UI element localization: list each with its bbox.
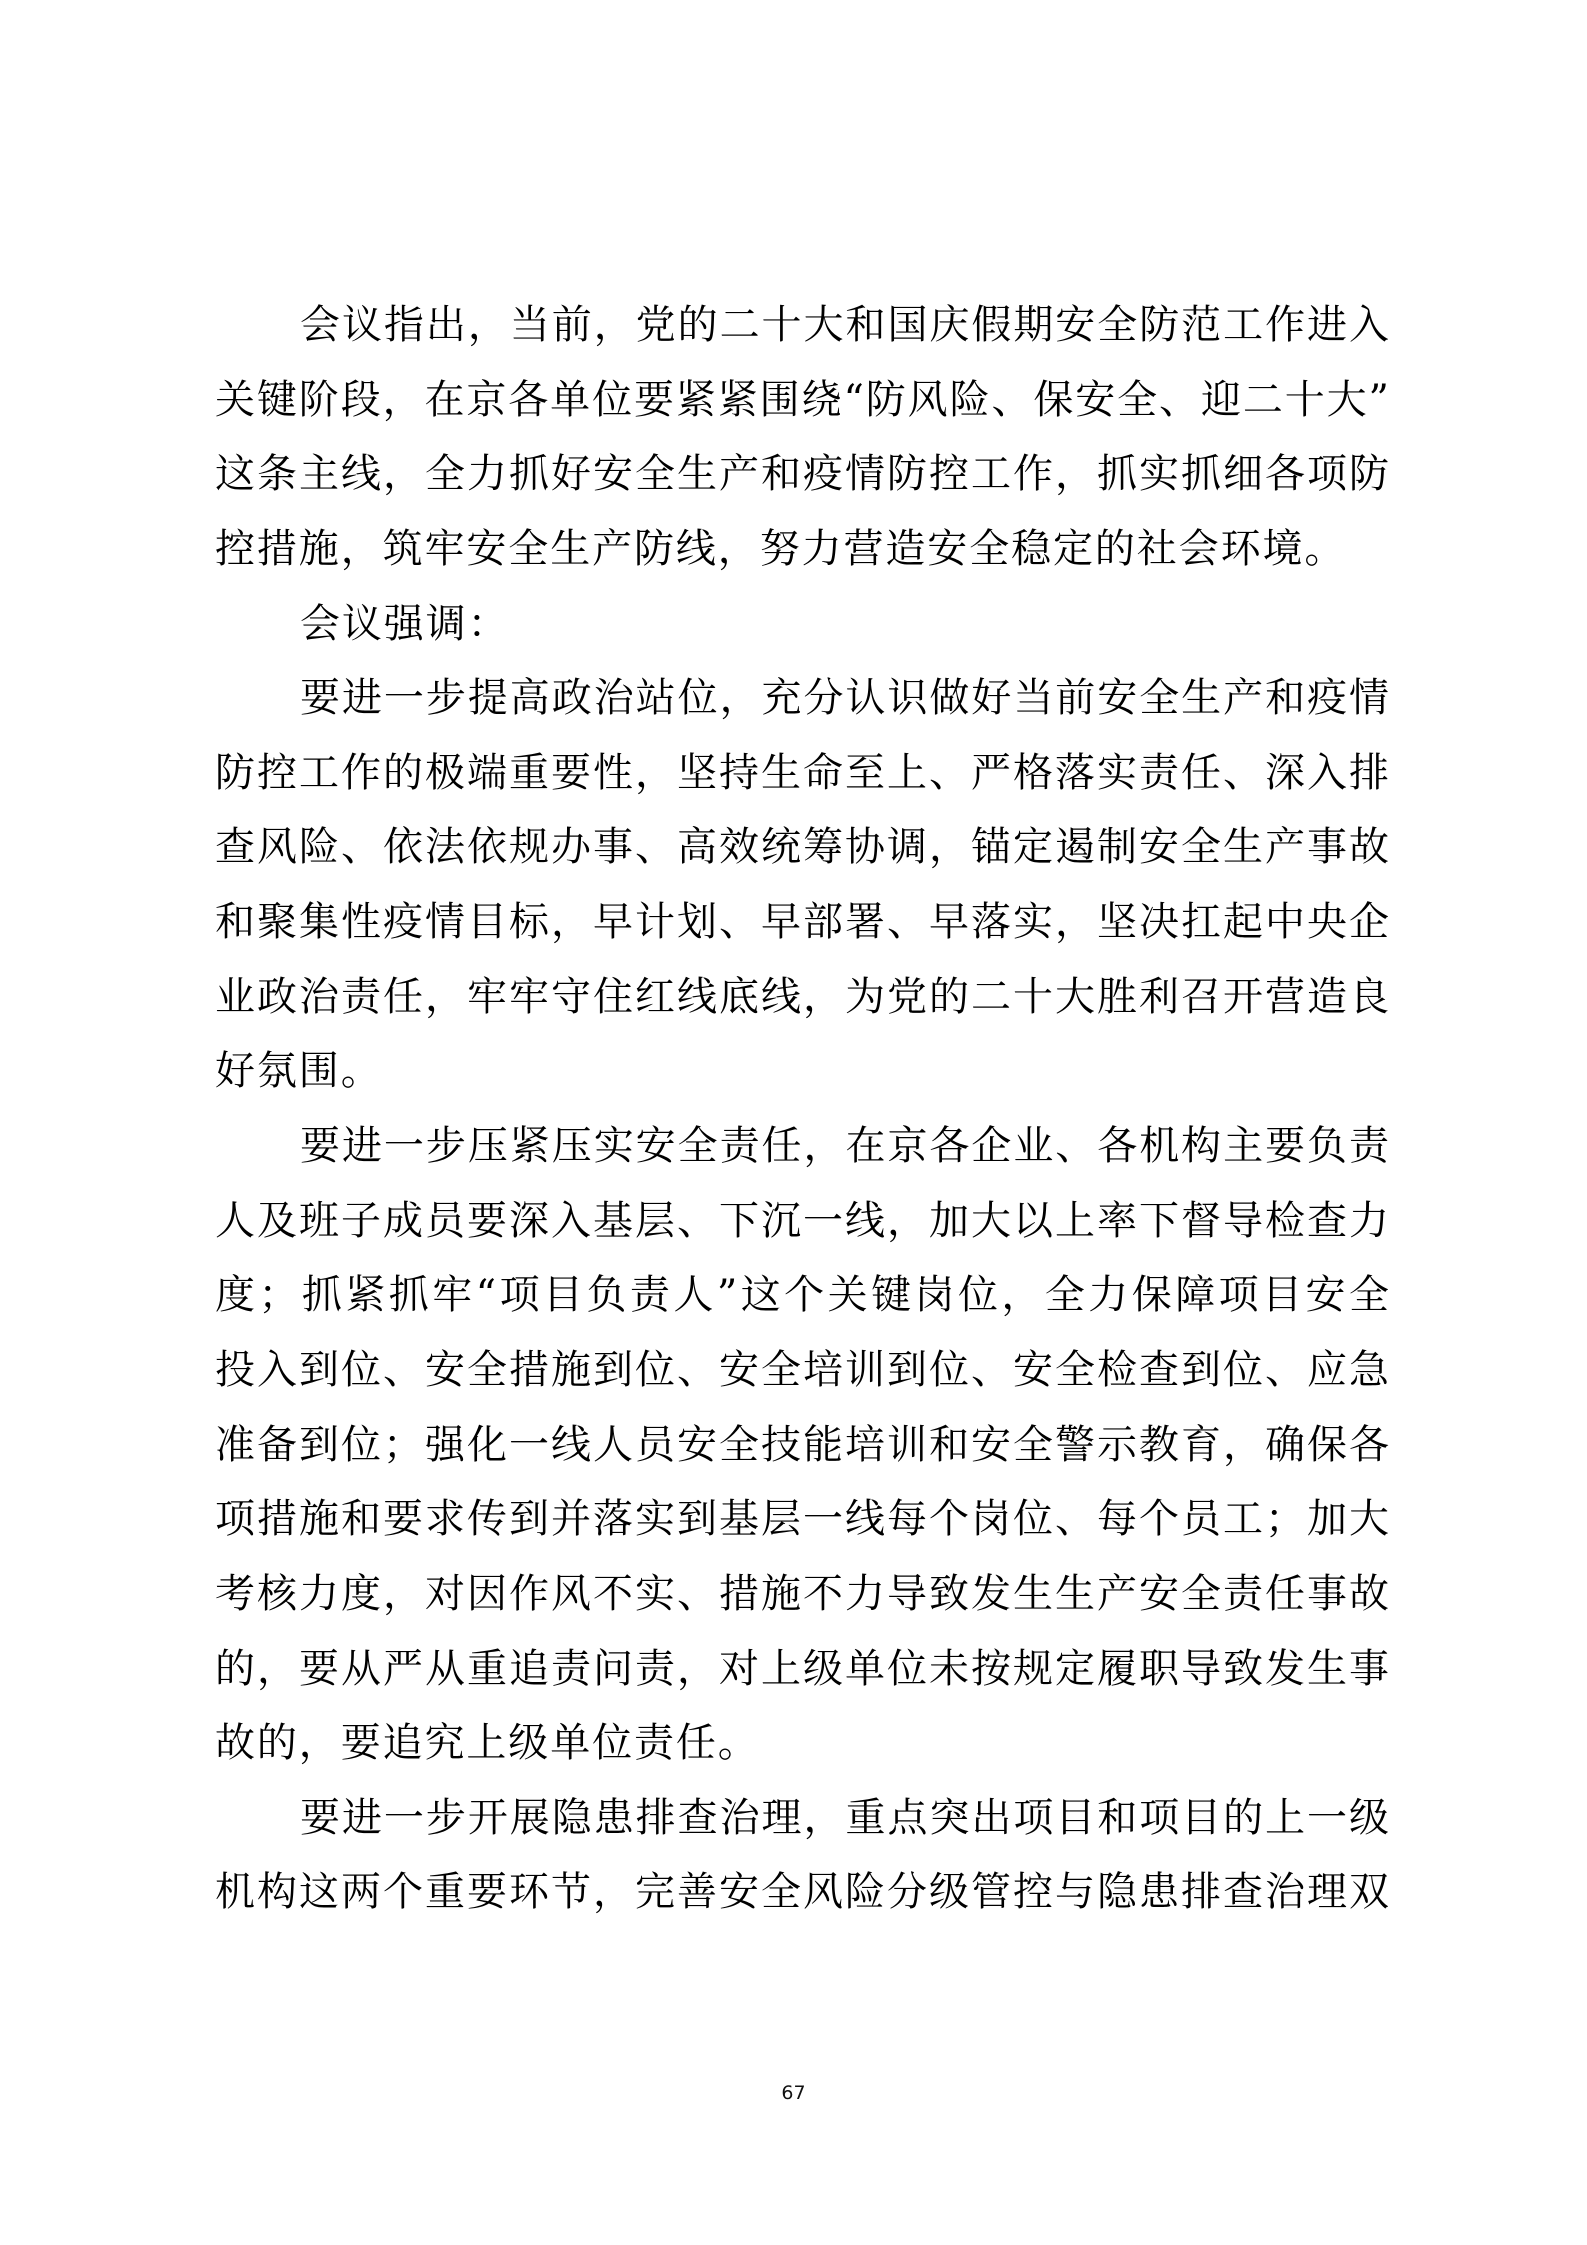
paragraph-hazard-investigation: 要进一步开展隐患排查治理，重点突出项目和项目的上一级 机构这两个重要环节，完善安…	[215, 1789, 1389, 1938]
paragraph-safety-responsibility: 要进一步压紧压实安全责任，在京各企业、各机构主要负责 人及班子成员要深入基层、下…	[215, 1117, 1389, 1789]
text-line: 考核力度，对因作风不实、措施不力导致发生生产安全责任事故	[215, 1565, 1389, 1640]
text-line: 和聚集性疫情目标，早计划、早部署、早落实，坚决扛起中央企	[215, 893, 1389, 968]
body-text: 会议指出，当前，党的二十大和国庆假期安全防范工作进入 关键阶段，在京各单位要紧紧…	[215, 296, 1389, 1938]
text-line: 的，要从严从重追责问责，对上级单位未按规定履职导致发生事	[215, 1640, 1389, 1715]
text-line: 查风险、依法依规办事、高效统筹协调，锚定遏制安全生产事故	[215, 818, 1389, 893]
text-line: 控措施，筑牢安全生产防线，努力营造安全稳定的社会环境。	[215, 520, 1389, 595]
text-line: 要进一步提高政治站位，充分认识做好当前安全生产和疫情	[215, 669, 1389, 744]
text-line: 会议指出，当前，党的二十大和国庆假期安全防范工作进入	[215, 296, 1389, 371]
document-page: 会议指出，当前，党的二十大和国庆假期安全防范工作进入 关键阶段，在京各单位要紧紧…	[0, 0, 1587, 2245]
paragraph-meeting-emphasized: 会议强调：	[215, 595, 1389, 670]
paragraph-political-stance: 要进一步提高政治站位，充分认识做好当前安全生产和疫情 防控工作的极端重要性，坚持…	[215, 669, 1389, 1117]
text-line: 会议强调：	[215, 595, 1389, 670]
text-line: 人及班子成员要深入基层、下沉一线，加大以上率下督导检查力	[215, 1192, 1389, 1267]
text-line: 要进一步开展隐患排查治理，重点突出项目和项目的上一级	[215, 1789, 1389, 1864]
text-line: 机构这两个重要环节，完善安全风险分级管控与隐患排查治理双	[215, 1863, 1389, 1938]
text-line: 关键阶段，在京各单位要紧紧围绕“防风险、保安全、迎二十大”	[215, 371, 1389, 446]
text-line: 准备到位；强化一线人员安全技能培训和安全警示教育，确保各	[215, 1416, 1389, 1491]
text-line: 故的，要追究上级单位责任。	[215, 1714, 1389, 1789]
text-line: 这条主线，全力抓好安全生产和疫情防控工作，抓实抓细各项防	[215, 445, 1389, 520]
text-line: 防控工作的极端重要性，坚持生命至上、严格落实责任、深入排	[215, 744, 1389, 819]
page-number: 67	[0, 2082, 1587, 2104]
text-line: 业政治责任，牢牢守住红线底线，为党的二十大胜利召开营造良	[215, 968, 1389, 1043]
text-line: 投入到位、安全措施到位、安全培训到位、安全检查到位、应急	[215, 1341, 1389, 1416]
text-line: 度；抓紧抓牢“项目负责人”这个关键岗位，全力保障项目安全	[215, 1266, 1389, 1341]
text-line: 项措施和要求传到并落实到基层一线每个岗位、每个员工；加大	[215, 1490, 1389, 1565]
text-line: 好氛围。	[215, 1042, 1389, 1117]
text-line: 要进一步压紧压实安全责任，在京各企业、各机构主要负责	[215, 1117, 1389, 1192]
paragraph-meeting-pointed-out: 会议指出，当前，党的二十大和国庆假期安全防范工作进入 关键阶段，在京各单位要紧紧…	[215, 296, 1389, 595]
